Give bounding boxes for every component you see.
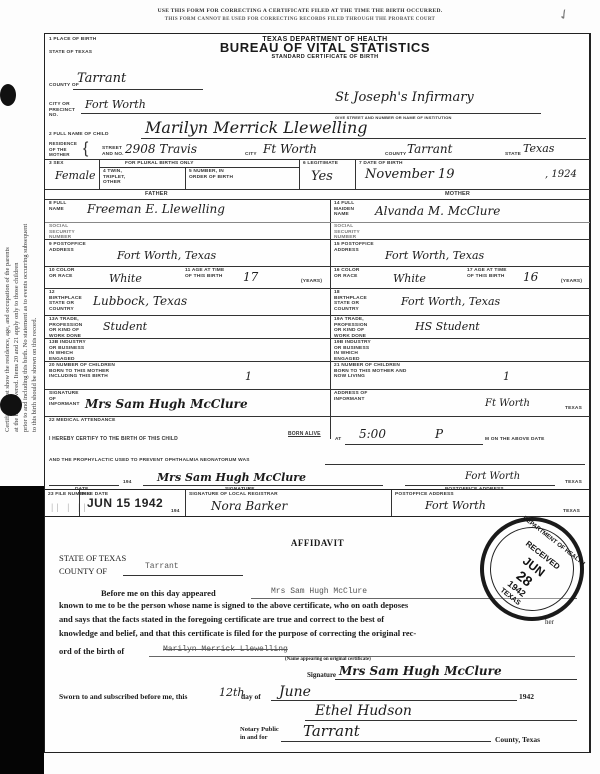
attendant-texas: TEXAS [565, 480, 582, 486]
scan-dark-edge [0, 486, 44, 774]
city-value: Fort Worth [85, 98, 146, 111]
father-address-label: 9 POSTOFFICE ADDRESS [49, 242, 89, 253]
mother-industry-label: 19b INDUSTRY OR BUSINESS IN WHICH ENGAGE… [334, 340, 374, 362]
father-children-label: 20 NUMBER OF CHILDREN BORN TO THIS MOTHE… [49, 363, 129, 380]
attendant-signature-value: Mrs Sam Hugh McClure [157, 471, 306, 484]
signature-label: Signature [307, 671, 336, 679]
dob-value: November 19 [365, 167, 454, 182]
res-city-value: Ft Worth [263, 142, 317, 156]
attendant-address-value: Fort Worth [465, 471, 520, 482]
street-value: 2908 Travis [125, 142, 197, 156]
margin-line: Certificate must show the residence, age… [4, 92, 11, 432]
registrar-address-value: Fort Worth [425, 499, 486, 512]
certify-text: I HEREBY CERTIFY TO THE BIRTH OF THIS CH… [49, 437, 178, 443]
registrar-texas: TEXAS [563, 509, 580, 515]
record-value: Marilyn Merrick Llewelling [163, 645, 288, 654]
margin-line: at the birth covered. Items 20 and 21 ap… [13, 92, 20, 432]
affidavit-county-value: Tarrant [145, 562, 179, 571]
county-label: COUNTY OF [49, 83, 79, 89]
res-county-label: COUNTY [385, 152, 406, 158]
sworn-text: Sworn to and subscribed before me, this [59, 692, 187, 701]
mother-address-value: Fort Worth, Texas [385, 249, 484, 262]
affidavit-body-line-1: known to me to be the person whose name … [59, 600, 408, 610]
born-alive-label: BORN ALIVE [288, 432, 321, 438]
state-label: STATE OF TEXAS [49, 50, 92, 56]
registrar-address-label: POSTOFFICE ADDRESS [395, 492, 454, 498]
father-color-value: White [109, 272, 142, 285]
notary-label-1: Notary Public [240, 726, 279, 733]
father-name-value: Freeman E. Llewelling [87, 202, 225, 216]
child-name-label: 2 FULL NAME OF CHILD [49, 132, 109, 138]
punch-hole-mark [0, 394, 22, 416]
mother-children-value: 1 [503, 370, 510, 383]
father-name-label: 8 FULL NAME [49, 201, 71, 212]
street-label: STREET AND NO. [102, 146, 126, 157]
affidavit-body-line-3: knowledge and belief, and that this cert… [59, 628, 416, 638]
dob-label: 7 DATE OF BIRTH [359, 161, 403, 167]
birth-certificate: 1 PLACE OF BIRTH STATE OF TEXAS TEXAS DE… [44, 33, 591, 491]
informant-texas-label: TEXAS [565, 406, 582, 412]
res-county-value: Tarrant [407, 142, 452, 156]
father-children-value: 1 [245, 370, 252, 383]
county-texas: County, Texas [495, 735, 540, 744]
mother-trade-value: HS Student [415, 320, 480, 333]
prophylactic-text: AND THE PROPHYLACTIC USED TO PREVENT OPH… [49, 458, 250, 464]
punch-hole-mark [0, 84, 16, 106]
father-age-label: 11 AGE AT TIME OF THIS BIRTH [185, 268, 229, 279]
notary-signature: Ethel Hudson [315, 703, 412, 719]
city-label: CITY OR PRECINCT NO. [49, 102, 79, 119]
father-color-label: 10 COLOR OR RACE [49, 268, 83, 279]
brace-mark: { [83, 140, 88, 158]
certificate-title: TEXAS DEPARTMENT OF HEALTH BUREAU OF VIT… [195, 36, 455, 60]
margin-line: prior to and including this birth. No st… [22, 92, 29, 432]
margin-line: to this birth should be shown on this re… [31, 92, 38, 432]
notary-label-2: in and for [240, 734, 267, 741]
record-text: ord of the birth of [59, 646, 124, 656]
mother-age-label: 17 AGE AT TIME OF THIS BIRTH [467, 268, 511, 279]
legitimate-label: 6 LEGITIMATE [303, 161, 338, 167]
father-birthplace-label: 12 BIRTHPLACE STATE OR COUNTRY [49, 290, 85, 312]
mother-years-label: (YEARS) [561, 279, 582, 285]
birth-time-value: 5:00 [359, 427, 386, 441]
mother-birthplace-value: Fort Worth, Texas [401, 295, 500, 308]
mother-age-value: 16 [523, 270, 538, 284]
father-age-value: 17 [243, 270, 258, 284]
appeared-text: Before me on this day appeared [101, 588, 216, 598]
mother-color-value: White [393, 272, 426, 285]
place-of-birth-label: 1 PLACE OF BIRTH [49, 37, 96, 43]
sex-label: 3 SEX [49, 161, 64, 167]
mother-children-label: 21 NUMBER OF CHILDREN BORN TO THIS MOTHE… [334, 363, 414, 380]
informant-signature-value: Mrs Sam Hugh McClure [85, 397, 248, 411]
sworn-month: June [279, 684, 311, 700]
registrar-signature-value: Nora Barker [211, 499, 287, 513]
legitimate-value: Yes [311, 169, 333, 184]
registrar-signature-label: SIGNATURE OF LOCAL REGISTRAR [189, 492, 278, 498]
file-date-value: JUN 15 1942 [87, 496, 163, 510]
father-address-value: Fort Worth, Texas [117, 249, 216, 262]
notary-county: Tarrant [303, 722, 360, 740]
affidavit-county-label: COUNTY OF [59, 566, 107, 576]
county-value: Tarrant [77, 71, 126, 86]
sworn-year: 1942 [519, 692, 534, 701]
margin-instructions: Certificate must show the residence, age… [2, 92, 40, 432]
registrar-strip: 23 FILE NUMBER || | || FILE DATE JUN 15 … [44, 489, 591, 517]
informant-address-label: ADDRESS OF INFORMANT [334, 391, 370, 402]
child-name-value: Marilyn Merrick Llewelling [145, 118, 368, 137]
birth-order-label: 5 NUMBER, IN ORDER OF BIRTH [189, 169, 239, 180]
res-state-value: Texas [523, 142, 554, 155]
father-trade-value: Student [103, 320, 147, 333]
mother-birthplace-label: 18 BIRTHPLACE STATE OR COUNTRY [334, 290, 370, 312]
institution-value: St Joseph's Infirmary [335, 90, 474, 105]
bureau-title: BUREAU OF VITAL STATISTICS [195, 42, 455, 54]
mother-name-value: Alvanda M. McClure [375, 204, 500, 218]
father-trade-label: 13a TRADE, PROFESSION OR KIND OF WORK DO… [49, 317, 89, 339]
certify-tail: M ON THE ABOVE DATE [485, 437, 545, 443]
father-header: FATHER [145, 192, 168, 198]
record-caption: (Name appearing on original certificate) [285, 657, 371, 662]
res-city-label: CITY [245, 152, 257, 158]
father-birthplace-value: Lubbock, Texas [93, 294, 187, 308]
res-state-label: STATE [505, 152, 521, 158]
mother-color-label: 16 COLOR OR RACE [334, 268, 368, 279]
header-note-2: THIS FORM CANNOT BE USED FOR CORRECTING … [0, 17, 600, 22]
file-number-value: || | || [51, 502, 89, 512]
affidavit-state: STATE OF TEXAS [59, 553, 126, 563]
mother-trade-label: 19a TRADE, PROFESSION OR KIND OF WORK DO… [334, 317, 374, 339]
ampm-value: P [435, 427, 443, 441]
informant-signature-label: SIGNATURE OF INFORMANT [49, 391, 85, 408]
affiant-signature-value: Mrs Sam Hugh McClure [339, 664, 502, 678]
dob-year: , 1924 [545, 169, 577, 180]
informant-address-value: Ft Worth [485, 398, 530, 409]
affidavit-body-line-2: and says that the facts stated in the fo… [59, 614, 384, 624]
father-years-label: (YEARS) [301, 279, 322, 285]
plural-births-label: FOR PLURAL BIRTHS ONLY [125, 161, 194, 167]
mother-address-label: 15 POSTOFFICE ADDRESS [334, 242, 374, 253]
sex-value: Female [55, 169, 96, 182]
twin-label: 4 TWIN, TRIPLET, OTHER [103, 169, 143, 186]
father-industry-label: 13b INDUSTRY OR BUSINESS IN WHICH ENGAGE… [49, 340, 89, 362]
residence-label: RESIDENCE OF THE MOTHER [49, 141, 79, 158]
mother-header: MOTHER [445, 192, 470, 198]
mother-name-label: 14 FULL MAIDEN NAME [334, 201, 364, 218]
year-prefix: 194 [123, 480, 132, 486]
appeared-value: Mrs Sam Hugh McClure [271, 587, 367, 596]
day-of-text: day of [241, 692, 261, 701]
header-note-1: USE THIS FORM FOR CORRECTING A CERTIFICA… [0, 8, 600, 14]
medical-attendance-label: 22 MEDICAL ATTENDANCE [49, 418, 115, 424]
file-date-suffix: 194 [171, 509, 180, 515]
at-label: AT [335, 437, 341, 443]
